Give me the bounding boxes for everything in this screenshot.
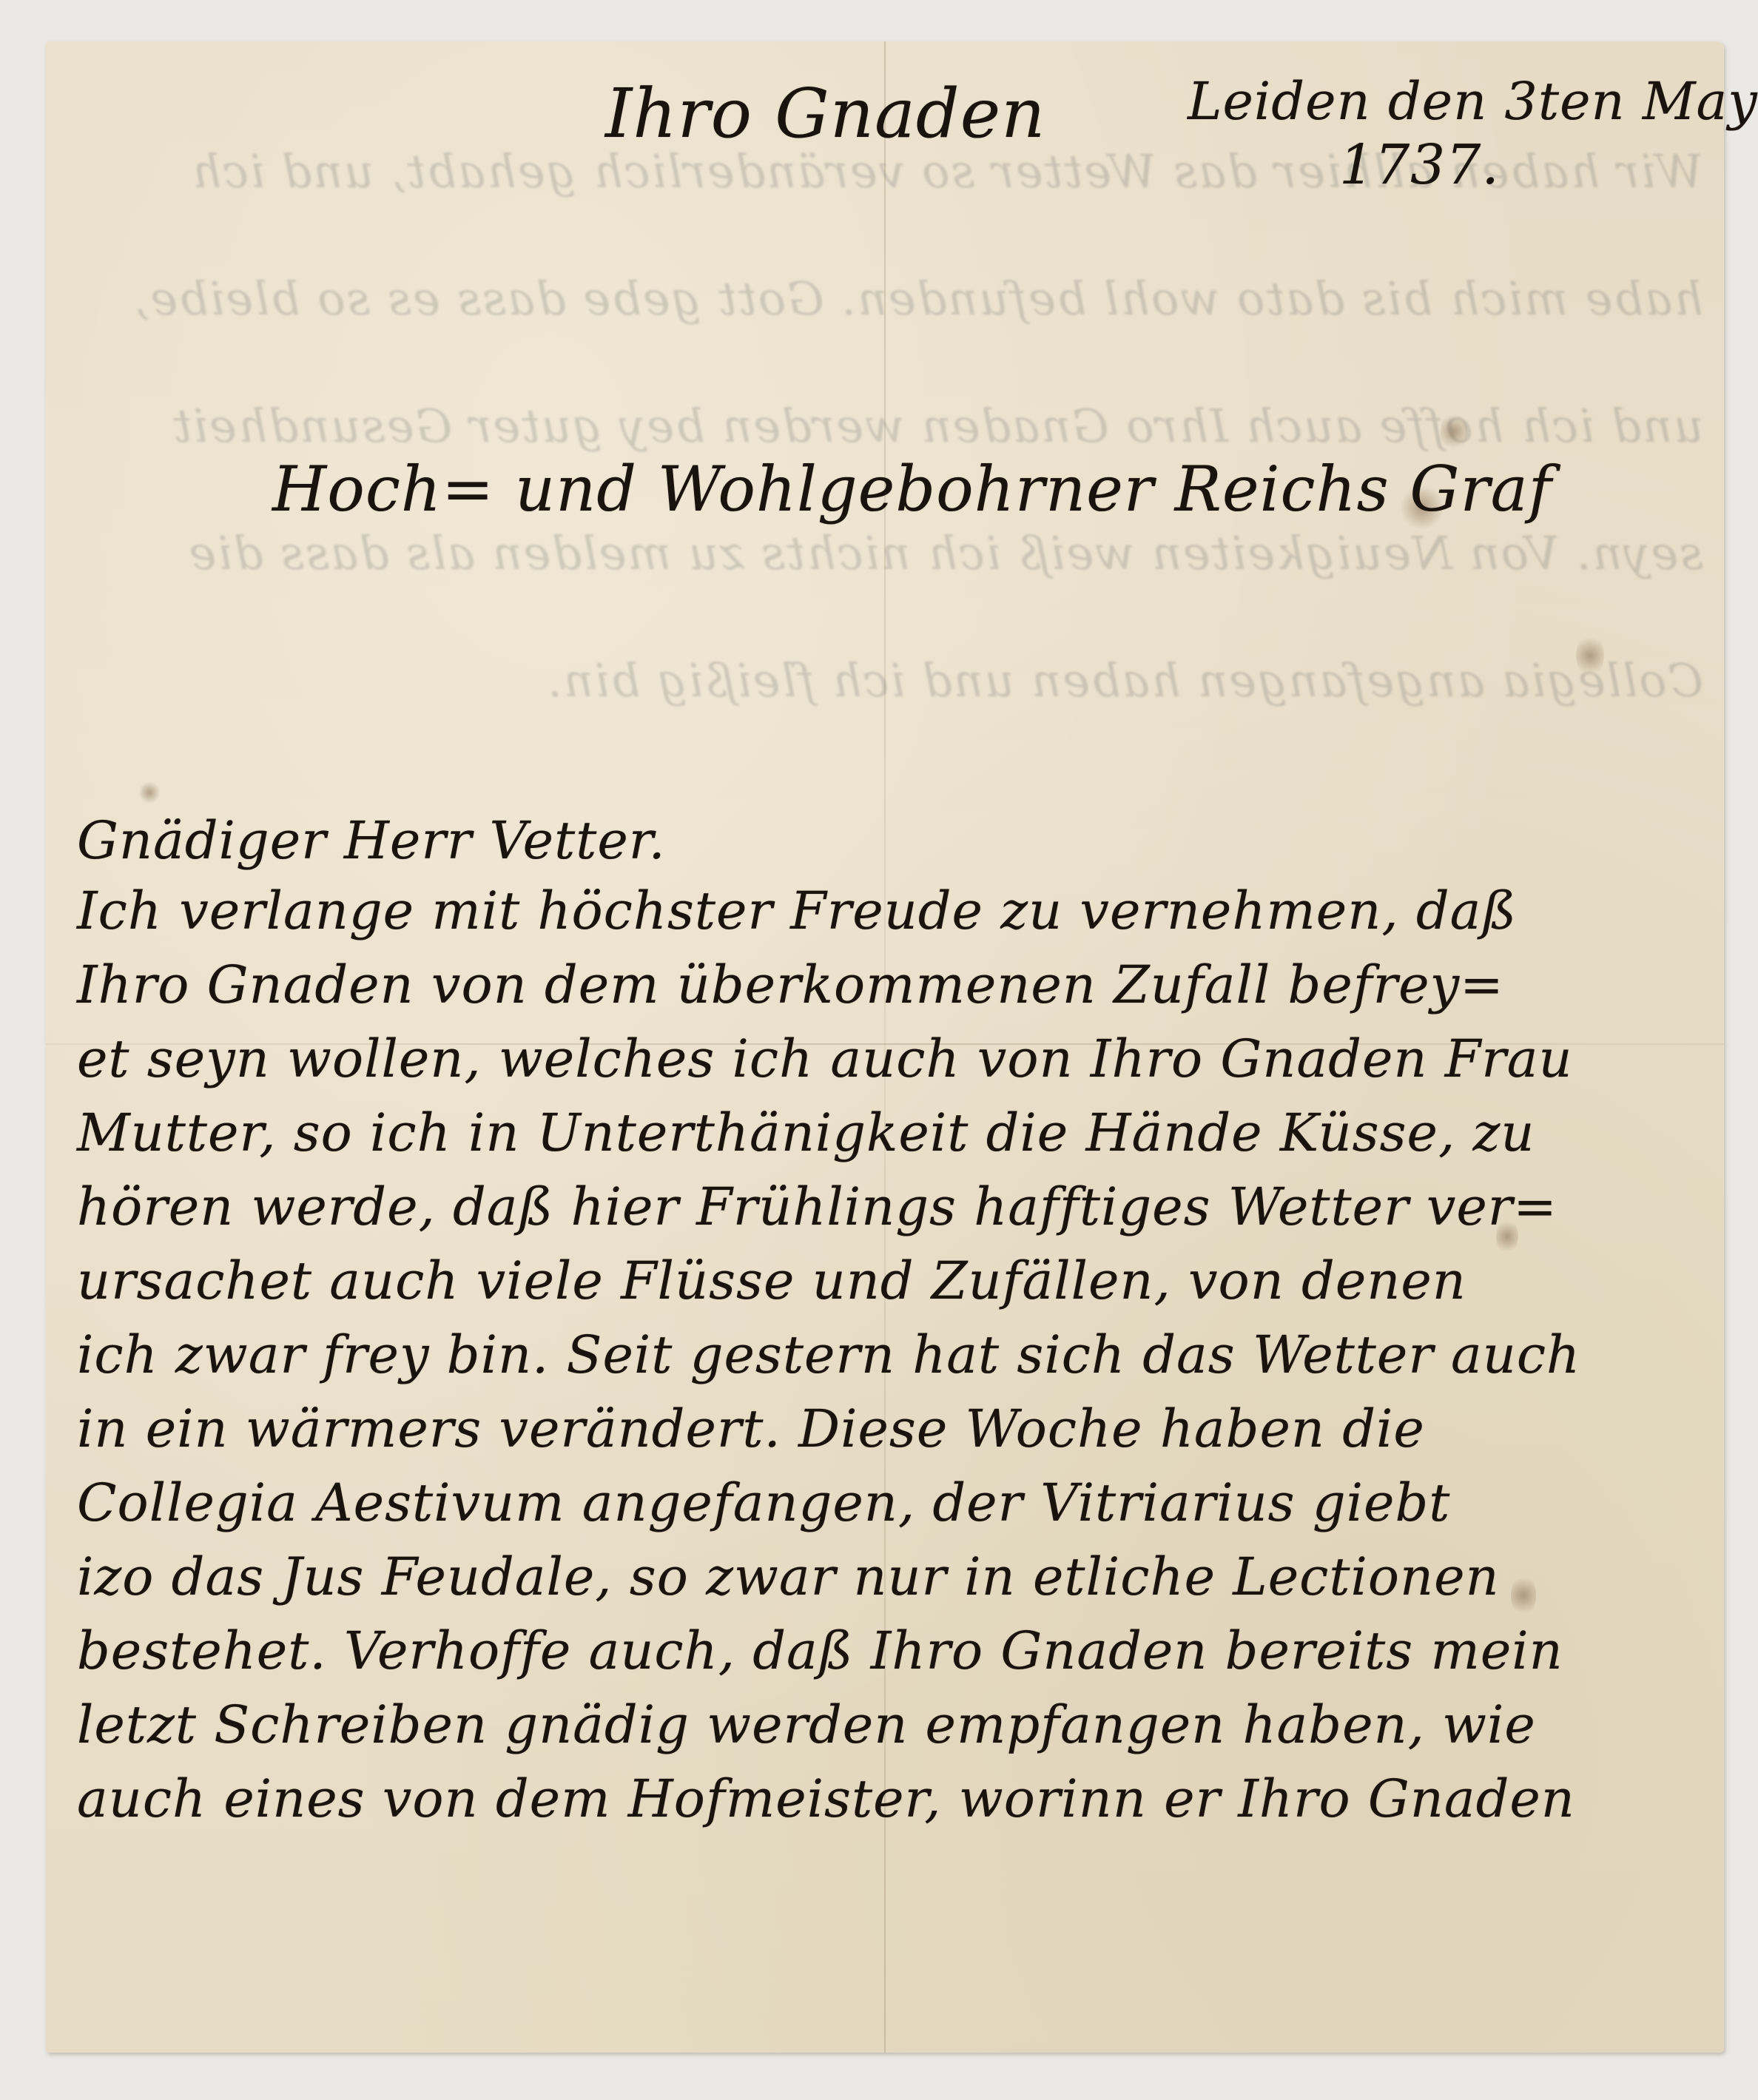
body-line-5: Mutter, so ich in Unterthänigkeit die Hä… bbox=[77, 1103, 1535, 1163]
body-line-12: bestehet. Verhoffe auch, daß Ihro Gnaden… bbox=[77, 1621, 1563, 1681]
body-line-11: izo das Jus Feudale, so zwar nur in etli… bbox=[77, 1547, 1500, 1607]
body-line-9: in ein wärmers verändert. Diese Woche ha… bbox=[77, 1399, 1425, 1459]
letter-place-date: Leiden den 3ten May bbox=[1188, 71, 1758, 132]
body-line-13: letzt Schreiben gnädig werden empfangen … bbox=[77, 1695, 1536, 1755]
body-line-4: et seyn wollen, welches ich auch von Ihr… bbox=[77, 1029, 1573, 1089]
ink-stain bbox=[1511, 1573, 1536, 1618]
body-line-1: Gnädiger Herr Vetter. bbox=[77, 810, 666, 871]
body-line-8: ich zwar frey bin. Seit gestern hat sich… bbox=[77, 1325, 1580, 1385]
body-line-3: Ihro Gnaden von dem überkommenen Zufall … bbox=[77, 955, 1504, 1015]
body-line-6: hören werde, daß hier Frühlings hafftige… bbox=[77, 1177, 1557, 1237]
letter-address-heading: Ihro Gnaden bbox=[605, 74, 1045, 153]
ink-stain bbox=[138, 781, 161, 804]
ink-stain bbox=[1576, 633, 1604, 678]
body-line-2: Ich verlange mit höchster Freude zu vern… bbox=[77, 881, 1517, 941]
body-line-7: ursachet auch viele Flüsse und Zufällen,… bbox=[77, 1251, 1466, 1311]
letter-year: 1737. bbox=[1339, 133, 1500, 197]
letter-salutation: Hoch= und Wohlgebohrner Reichs Graf bbox=[272, 453, 1552, 525]
ink-stain bbox=[1441, 411, 1467, 451]
body-line-10: Collegia Aestivum angefangen, der Vitria… bbox=[77, 1473, 1450, 1533]
body-line-14: auch eines von dem Hofmeister, worinn er… bbox=[77, 1768, 1575, 1829]
